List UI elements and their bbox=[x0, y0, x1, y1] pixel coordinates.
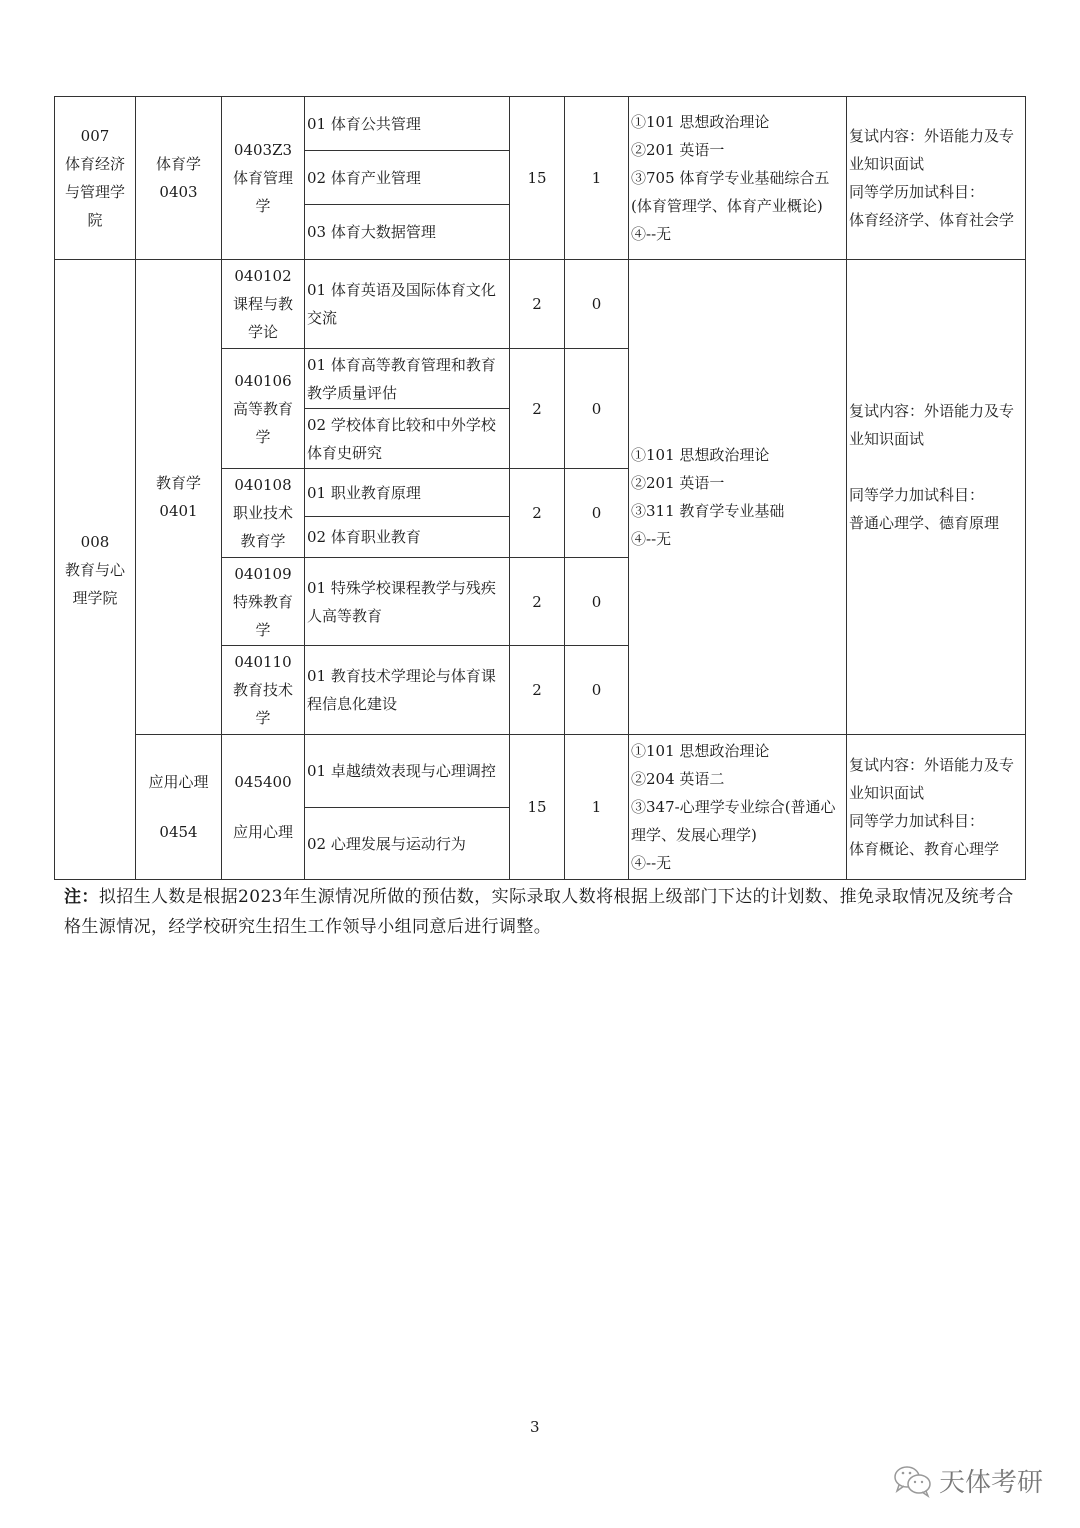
planned-count: 2 bbox=[532, 676, 542, 704]
major-code: 0403Z3 bbox=[234, 136, 292, 164]
exempt-count: 1 bbox=[592, 793, 602, 821]
planned-count-cell: 2 bbox=[509, 348, 565, 469]
college-cell-008: 008 教育与心 理学院 bbox=[54, 259, 136, 880]
major-cell-040102: 040102 课程与教 学论 bbox=[221, 259, 305, 349]
planned-count-cell: 2 bbox=[509, 468, 565, 558]
direction-cell: 01 特殊学校课程教学与残疾人高等教育 bbox=[304, 557, 510, 646]
major-name-line: 特殊教育 bbox=[233, 588, 293, 616]
major-cell-040108: 040108 职业技术 教育学 bbox=[221, 468, 305, 558]
major-name-line: 学论 bbox=[248, 318, 278, 346]
remark-line: 业知识面试 bbox=[849, 425, 924, 453]
page-number: 3 bbox=[530, 1418, 540, 1436]
exam-subject: ④--无 bbox=[631, 220, 671, 248]
planned-count: 15 bbox=[527, 793, 546, 821]
major-name-line: 应用心理 bbox=[233, 807, 293, 857]
exam-subject: ④--无 bbox=[631, 849, 671, 877]
major-cell-040110: 040110 教育技术 学 bbox=[221, 645, 305, 735]
exam-subject: ③311 教育学专业基础 bbox=[631, 497, 784, 525]
major-cell-0403Z3: 0403Z3 体育管理 学 bbox=[221, 96, 305, 260]
planned-count: 2 bbox=[532, 395, 542, 423]
major-code: 040109 bbox=[234, 560, 291, 588]
major-code: 040102 bbox=[234, 262, 291, 290]
college-code: 007 bbox=[81, 122, 110, 150]
remark-line: 业知识面试 bbox=[849, 779, 924, 807]
direction-cell: 01 卓越绩效表现与心理调控 bbox=[304, 734, 510, 808]
direction-cell: 01 体育高等教育管理和教育教学质量评估 bbox=[304, 348, 510, 409]
direction-text: 02 心理发展与运动行为 bbox=[307, 830, 466, 858]
college-cell-007: 007 体育经济 与管理学 院 bbox=[54, 96, 136, 260]
major-name-line: 课程与教 bbox=[233, 290, 293, 318]
direction-cell: 02 体育职业教育 bbox=[304, 516, 510, 558]
exam-subject: ①101 思想政治理论 bbox=[631, 441, 769, 469]
college-name-line: 理学院 bbox=[72, 584, 117, 612]
direction-cell: 01 体育英语及国际体育文化交流 bbox=[304, 259, 510, 349]
remark-line: 同等学力加试科目： bbox=[849, 807, 984, 835]
discipline-cell-0454: 应用心理 0454 bbox=[135, 734, 222, 880]
remarks-cell: 复试内容：外语能力及专 业知识面试 同等学力加试科目： 体育概论、教育心理学 bbox=[846, 734, 1026, 880]
discipline-code: 0401 bbox=[159, 497, 197, 525]
exempt-count: 1 bbox=[592, 164, 602, 192]
major-code: 040106 bbox=[234, 367, 291, 395]
watermark: 天体考研 bbox=[893, 1462, 1043, 1499]
wechat-icon bbox=[893, 1464, 933, 1498]
exempt-count-cell: 0 bbox=[564, 259, 629, 349]
direction-text: 01 教育技术学理论与体育课程信息化建设 bbox=[307, 662, 509, 718]
document-page: 007 体育经济 与管理学 院 体育学 0403 0403Z3 体育管理 学 0… bbox=[0, 0, 1080, 1528]
major-name-line: 学 bbox=[255, 616, 270, 644]
exam-subject: ①101 思想政治理论 bbox=[631, 737, 769, 765]
remark-line: 同等学历加试科目： bbox=[849, 178, 984, 206]
major-name-line: 学 bbox=[255, 423, 270, 451]
exempt-count-cell: 1 bbox=[564, 734, 629, 880]
discipline-name: 教育学 bbox=[156, 469, 201, 497]
remark-line: 同等学力加试科目： bbox=[849, 481, 984, 509]
remark-line: 业知识面试 bbox=[849, 150, 924, 178]
direction-cell: 01 职业教育原理 bbox=[304, 468, 510, 517]
exam-subject: ②201 英语一 bbox=[631, 136, 724, 164]
remark-line: 复试内容：外语能力及专 bbox=[849, 751, 1014, 779]
discipline-name: 体育学 bbox=[156, 150, 201, 178]
major-name-line: 学 bbox=[255, 192, 270, 220]
remarks-cell: 复试内容：外语能力及专 业知识面试 同等学历加试科目： 体育经济学、体育社会学 bbox=[846, 96, 1026, 260]
planned-count: 2 bbox=[532, 499, 542, 527]
footnote-label: 注： bbox=[64, 887, 99, 907]
direction-cell: 02 学校体育比较和中外学校体育史研究 bbox=[304, 408, 510, 469]
exempt-count: 0 bbox=[592, 588, 602, 616]
remark-line: 复试内容：外语能力及专 bbox=[849, 397, 1014, 425]
watermark-text: 天体考研 bbox=[939, 1462, 1043, 1499]
exam-subject: (体育管理学、体育产业概论) bbox=[631, 192, 823, 220]
major-code: 040110 bbox=[234, 648, 291, 676]
exam-subjects-cell: ①101 思想政治理论 ②201 英语一 ③705 体育学专业基础综合五 (体育… bbox=[628, 96, 847, 260]
exam-subject: ①101 思想政治理论 bbox=[631, 108, 769, 136]
exam-subjects-cell: ①101 思想政治理论 ②201 英语一 ③311 教育学专业基础 ④--无 bbox=[628, 259, 847, 735]
exempt-count: 0 bbox=[592, 395, 602, 423]
exempt-count: 0 bbox=[592, 290, 602, 318]
footnote: 注：拟招生人数是根据2023年生源情况所做的预估数，实际录取人数将根据上级部门下… bbox=[64, 882, 1024, 942]
exempt-count-cell: 0 bbox=[564, 468, 629, 558]
discipline-cell-0403: 体育学 0403 bbox=[135, 96, 222, 260]
direction-cell: 03 体育大数据管理 bbox=[304, 204, 510, 260]
direction-text: 01 卓越绩效表现与心理调控 bbox=[307, 757, 496, 785]
remark-line: 普通心理学、德育原理 bbox=[849, 509, 999, 537]
direction-text: 01 体育英语及国际体育文化交流 bbox=[307, 276, 509, 332]
direction-cell: 01 体育公共管理 bbox=[304, 96, 510, 151]
direction-text: 01 特殊学校课程教学与残疾人高等教育 bbox=[307, 574, 509, 630]
college-code: 008 bbox=[81, 528, 110, 556]
major-name-line: 教育学 bbox=[240, 527, 285, 555]
exempt-count: 0 bbox=[592, 676, 602, 704]
direction-text: 02 体育职业教育 bbox=[307, 523, 421, 551]
direction-text: 03 体育大数据管理 bbox=[307, 218, 436, 246]
planned-count: 2 bbox=[532, 290, 542, 318]
planned-count-cell: 2 bbox=[509, 259, 565, 349]
major-cell-040106: 040106 高等教育 学 bbox=[221, 348, 305, 469]
direction-text: 02 体育产业管理 bbox=[307, 164, 421, 192]
exam-subject: ②201 英语一 bbox=[631, 469, 724, 497]
exam-subject: ④--无 bbox=[631, 525, 671, 553]
discipline-cell-0401: 教育学 0401 bbox=[135, 259, 222, 735]
discipline-code: 0403 bbox=[159, 178, 197, 206]
college-name-line: 体育经济 bbox=[65, 150, 125, 178]
remark-line: 复试内容：外语能力及专 bbox=[849, 122, 1014, 150]
remarks-cell: 复试内容：外语能力及专 业知识面试 同等学力加试科目： 普通心理学、德育原理 bbox=[846, 259, 1026, 735]
exam-subjects-cell: ①101 思想政治理论 ②204 英语二 ③347-心理学专业综合(普通心 理学… bbox=[628, 734, 847, 880]
direction-cell: 02 心理发展与运动行为 bbox=[304, 807, 510, 880]
planned-count: 2 bbox=[532, 588, 542, 616]
exempt-count-cell: 1 bbox=[564, 96, 629, 260]
direction-text: 01 体育公共管理 bbox=[307, 110, 421, 138]
planned-count-cell: 15 bbox=[509, 96, 565, 260]
planned-count: 15 bbox=[527, 164, 546, 192]
major-name-line: 体育管理 bbox=[233, 164, 293, 192]
exam-subject: ②204 英语二 bbox=[631, 765, 724, 793]
major-cell-040109: 040109 特殊教育 学 bbox=[221, 557, 305, 646]
discipline-name: 应用心理 bbox=[148, 757, 208, 807]
major-name-line: 高等教育 bbox=[233, 395, 293, 423]
discipline-code: 0454 bbox=[159, 807, 197, 857]
direction-cell: 02 体育产业管理 bbox=[304, 150, 510, 205]
direction-text: 01 职业教育原理 bbox=[307, 479, 421, 507]
footnote-text: 拟招生人数是根据2023年生源情况所做的预估数，实际录取人数将根据上级部门下达的… bbox=[64, 887, 1014, 937]
exempt-count: 0 bbox=[592, 499, 602, 527]
major-name-line: 职业技术 bbox=[233, 499, 293, 527]
planned-count-cell: 2 bbox=[509, 645, 565, 735]
college-name-line: 院 bbox=[87, 206, 102, 234]
major-code: 040108 bbox=[234, 471, 291, 499]
exempt-count-cell: 0 bbox=[564, 645, 629, 735]
college-name-line: 与管理学 bbox=[65, 178, 125, 206]
major-name-line: 教育技术 bbox=[233, 676, 293, 704]
major-cell-045400: 045400 应用心理 bbox=[221, 734, 305, 880]
direction-cell: 01 教育技术学理论与体育课程信息化建设 bbox=[304, 645, 510, 735]
exam-subject: ③347-心理学专业综合(普通心 bbox=[631, 793, 836, 821]
remark-line: 体育经济学、体育社会学 bbox=[849, 206, 1014, 234]
exam-subject: ③705 体育学专业基础综合五 bbox=[631, 164, 829, 192]
direction-text: 02 学校体育比较和中外学校体育史研究 bbox=[307, 411, 509, 467]
major-name-line: 学 bbox=[255, 704, 270, 732]
remark-line: 体育概论、教育心理学 bbox=[849, 835, 999, 863]
major-code: 045400 bbox=[234, 757, 291, 807]
direction-text: 01 体育高等教育管理和教育教学质量评估 bbox=[307, 351, 509, 407]
exempt-count-cell: 0 bbox=[564, 557, 629, 646]
exempt-count-cell: 0 bbox=[564, 348, 629, 469]
exam-subject: 理学、发展心理学) bbox=[631, 821, 757, 849]
college-name-line: 教育与心 bbox=[65, 556, 125, 584]
planned-count-cell: 15 bbox=[509, 734, 565, 880]
planned-count-cell: 2 bbox=[509, 557, 565, 646]
